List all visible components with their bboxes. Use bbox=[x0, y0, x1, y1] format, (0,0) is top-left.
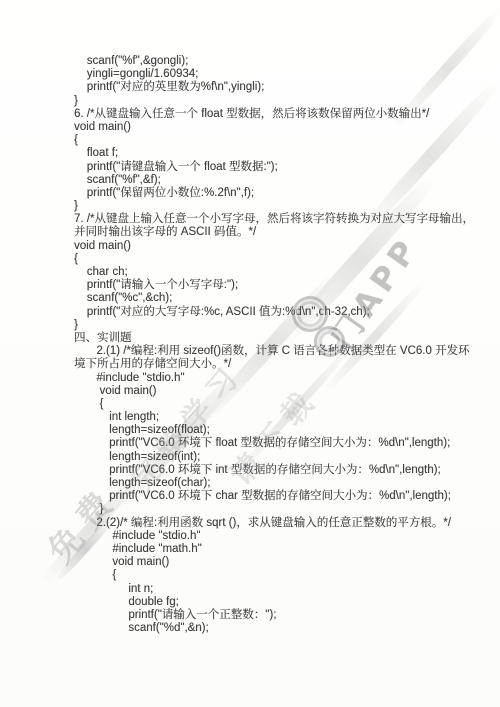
text-line: 并同时输出该字母的 ASCII 码值。*/ bbox=[74, 226, 494, 239]
text-line: 2.(1) /*编程:利用 sizeof()函数，计算 C 语言各种数据类型在 … bbox=[74, 345, 494, 358]
text-line: printf("VC6.0 环境下 int 型数据的存储空间大小为：%d\n",… bbox=[74, 464, 494, 477]
text-line: int n; bbox=[74, 583, 494, 596]
text-line: 2.(2)/* 编程:利用函数 sqrt ()，求从键盘输入的任意正整数的平方根… bbox=[74, 517, 494, 530]
text-line: length=sizeof(float); bbox=[74, 424, 494, 437]
scanned-page: scanf("%f",&gongli); yingli=gongli/1.609… bbox=[0, 0, 500, 707]
text-line: int length; bbox=[74, 411, 494, 424]
text-line: #include "stdio.h" bbox=[74, 372, 494, 385]
text-line: { bbox=[74, 253, 494, 266]
text-line: printf("VC6.0 环境下 char 型数据的存储空间大小为：%d\n"… bbox=[74, 490, 494, 503]
document-text: scanf("%f",&gongli); yingli=gongli/1.609… bbox=[74, 55, 494, 635]
text-line: double fg; bbox=[74, 596, 494, 609]
text-line: printf("对应的英里数为%f\n",yingli); bbox=[74, 81, 494, 94]
text-line: printf("请键盘输入一个 float 型数据:"); bbox=[74, 161, 494, 174]
text-line: void main() bbox=[74, 385, 494, 398]
text-line: scanf("%f",&gongli); bbox=[74, 55, 494, 68]
text-line: #include "math.h" bbox=[74, 543, 494, 556]
text-line: { bbox=[74, 398, 494, 411]
text-line: 四、实训题 bbox=[74, 332, 494, 345]
text-line: scanf("%c",&ch); bbox=[74, 292, 494, 305]
text-line: char ch; bbox=[74, 266, 494, 279]
text-line: { bbox=[74, 134, 494, 147]
text-line: yingli=gongli/1.60934; bbox=[74, 68, 494, 81]
text-line: 6. /*从键盘输入任意一个 float 型数据，然后将该数保留两位小数输出*/ bbox=[74, 108, 494, 121]
text-line: 7. /*从键盘上输入任意一个小写字母，然后将该字符转换为对应大写字母输出， bbox=[74, 213, 494, 226]
text-line: scanf("%f",&f); bbox=[74, 174, 494, 187]
text-line: void main() bbox=[74, 240, 494, 253]
text-line: length=sizeof(int); bbox=[74, 451, 494, 464]
text-line: printf("请输入一个小写字母:"); bbox=[74, 279, 494, 292]
text-line: printf("对应的大写字母:%c, ASCII 值为:%d\n",ch-32… bbox=[74, 306, 494, 319]
text-line: } bbox=[74, 319, 494, 332]
text-line: void main() bbox=[74, 556, 494, 569]
text-line: } bbox=[74, 200, 494, 213]
text-line: } bbox=[74, 95, 494, 108]
text-line: 境下所占用的存储空间大小。*/ bbox=[74, 358, 494, 371]
text-line: printf("请输入一个正整数："); bbox=[74, 609, 494, 622]
text-line: scanf("%d",&n); bbox=[74, 622, 494, 635]
text-line: float f; bbox=[74, 147, 494, 160]
text-line: printf("保留两位小数位:%.2f\n",f); bbox=[74, 187, 494, 200]
text-line: length=sizeof(char); bbox=[74, 477, 494, 490]
text-line: void main() bbox=[74, 121, 494, 134]
text-line: } bbox=[74, 503, 494, 516]
text-line: { bbox=[74, 569, 494, 582]
text-line: #include "stdio.h" bbox=[74, 530, 494, 543]
text-line: printf("VC6.0 环境下 float 型数据的存储空间大小为：%d\n… bbox=[74, 437, 494, 450]
